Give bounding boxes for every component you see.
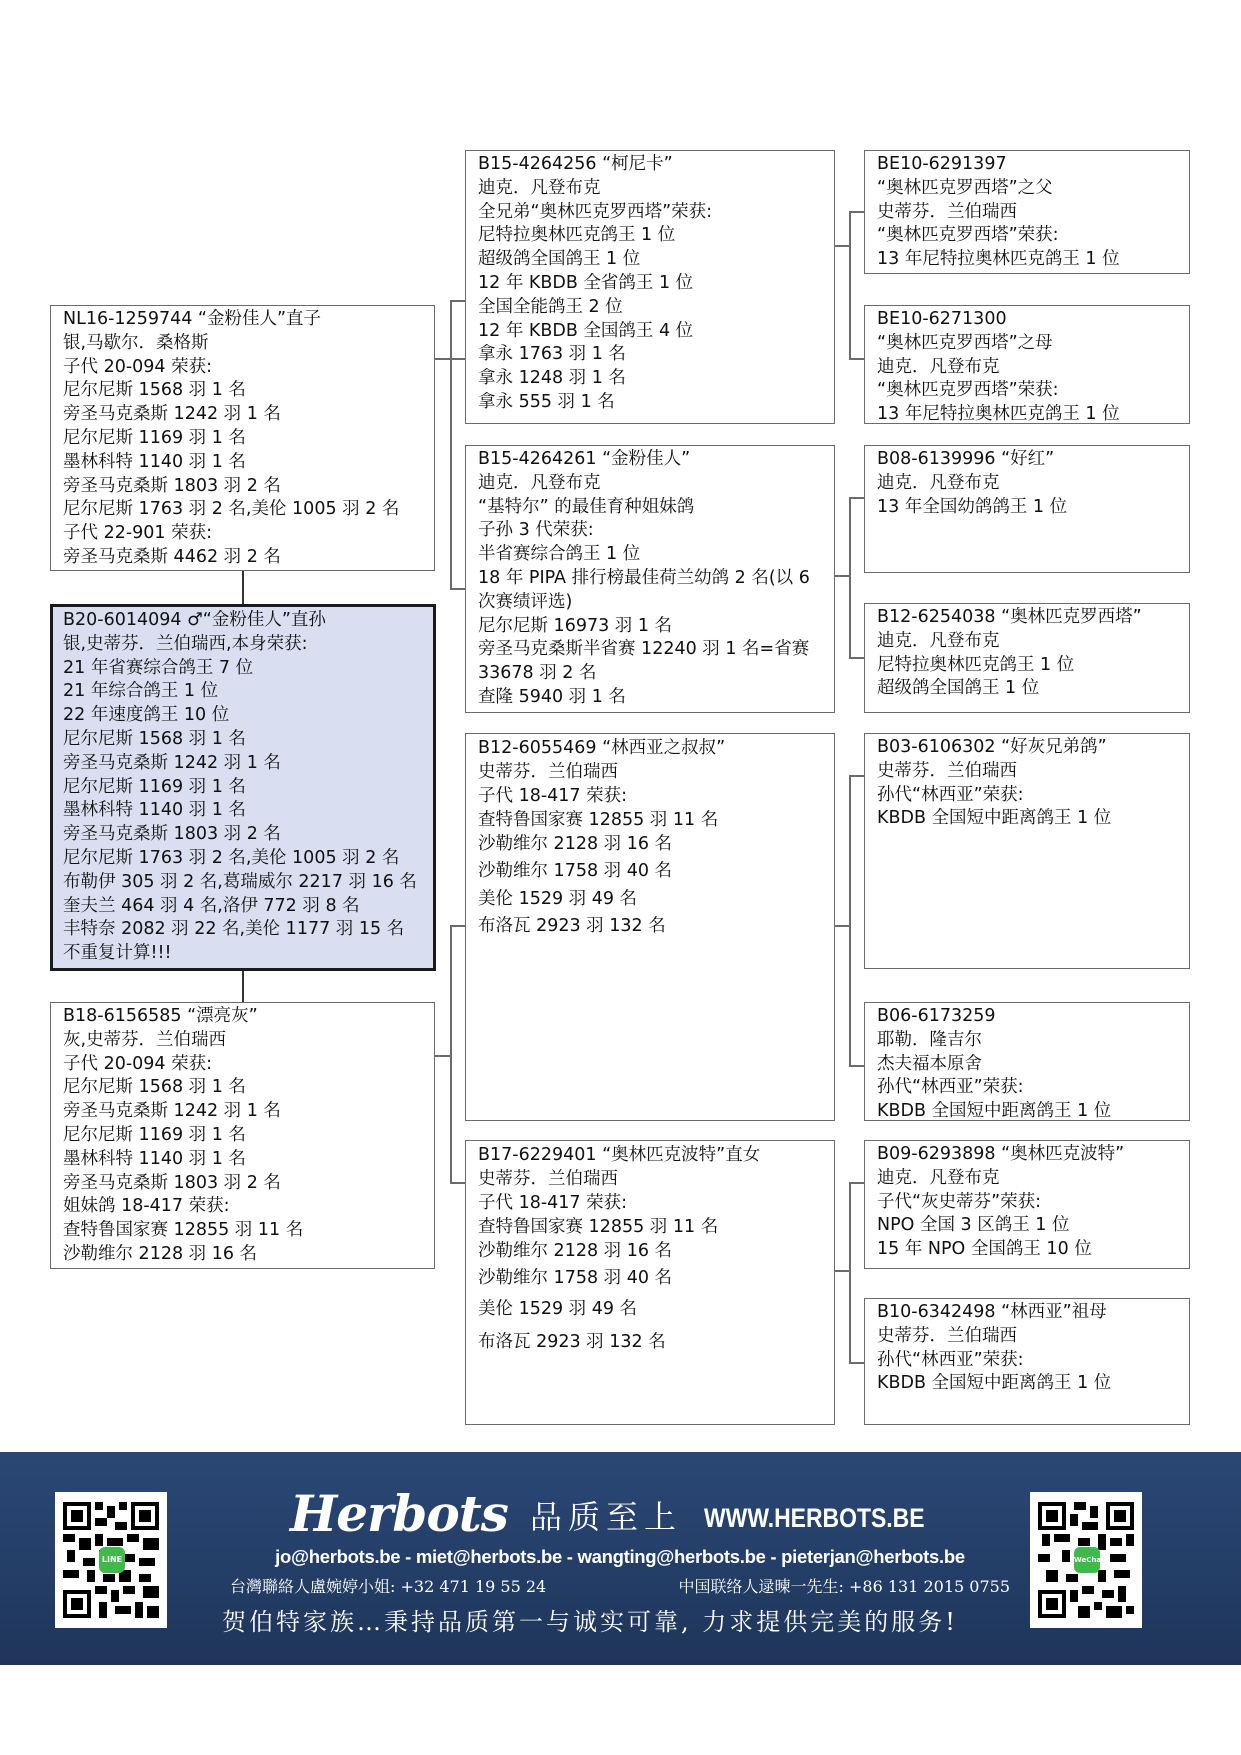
subject-line: 丰特奈 2082 羽 22 名,美伦 1177 羽 15 名 — [63, 918, 433, 942]
connector-dam-to-dd — [450, 1182, 465, 1184]
ddd-line: 孙代“林西亚”荣获: — [877, 1349, 1189, 1373]
dss-line: 史蒂芬．兰伯瑞西 — [877, 760, 1189, 784]
brand-slogan: 品质至上 — [530, 1492, 682, 1542]
sd-line: 旁圣马克桑斯半省赛 12240 羽 1 名=省赛 — [478, 638, 834, 662]
sss-line: “奥林匹克罗西塔”荣获: — [877, 224, 1189, 248]
dd-ring: B17-6229401 “奥林匹克波特”直女 — [478, 1143, 834, 1167]
subject-line: 奎夫兰 464 羽 4 名,洛伊 772 羽 8 名 — [63, 895, 433, 919]
dam-line: 姐妹鸽 18-417 荣获: — [63, 1195, 434, 1219]
sd-sire-card: B08-6139996 “好红” 迪克．凡登布克 13 年全国幼鸽鸽王 1 位 — [864, 445, 1190, 573]
subject-line: 尼尔尼斯 1568 羽 1 名 — [63, 728, 433, 752]
dam-line: 灰,史蒂芬．兰伯瑞西 — [63, 1029, 434, 1053]
sd-line: 18 年 PIPA 排行榜最佳荷兰幼鸽 2 名(以 6 — [478, 567, 834, 591]
sire-line: 墨林科特 1140 羽 1 名 — [63, 451, 434, 475]
connector-ss-to-dam — [849, 358, 864, 360]
dds-line: 迪克．凡登布克 — [877, 1167, 1189, 1191]
connector-ds-right — [835, 925, 849, 927]
ds-dam-card: B06-6173259 耶勒．隆吉尔 杰夫福本原舍 孙代“林西亚”荣获: KBD… — [864, 1002, 1190, 1121]
subject-card: B20-6014094 ♂“金粉佳人”直孙 银,史蒂芬．兰伯瑞西,本身荣获: 2… — [50, 604, 436, 971]
connector-sire-subject — [242, 570, 244, 605]
dam-sire-card: B12-6055469 “林西亚之叔叔” 史蒂芬．兰伯瑞西 子代 18-417 … — [465, 733, 835, 1121]
connector-ss-to-sire — [849, 211, 864, 213]
ss-line: 全国全能鸽王 2 位 — [478, 296, 834, 320]
ssd-line: “奥林匹克罗西塔”之母 — [877, 332, 1189, 356]
subject-ring: B20-6014094 ♂“金粉佳人”直孙 — [63, 609, 433, 633]
contact-row: 台灣聯絡人盧婉婷小姐: +32 471 19 55 24 中国联络人逯暕一先生:… — [230, 1574, 1010, 1597]
ss-line: 迪克．凡登布克 — [478, 177, 834, 201]
connector-sire-to-ss-top — [450, 300, 465, 302]
ddd-line: KBDB 全国短中距离鸽王 1 位 — [877, 1372, 1189, 1396]
subject-line: 旁圣马克桑斯 1803 羽 2 名 — [63, 823, 433, 847]
herbots-logo: Herbots — [290, 1486, 508, 1542]
sire-line: 子代 20-094 荣获: — [63, 356, 434, 380]
ssd-line: “奥林匹克罗西塔”荣获: — [877, 379, 1189, 403]
subject-line: 布勒伊 305 羽 2 名,葛瑞威尔 2217 羽 16 名 — [63, 871, 433, 895]
dds-line: NPO 全国 3 区鸽王 1 位 — [877, 1214, 1189, 1238]
connector-ss-right — [835, 245, 849, 247]
sss-line: 史蒂芬．兰伯瑞西 — [877, 201, 1189, 225]
subject-line: 银,史蒂芬．兰伯瑞西,本身荣获: — [63, 633, 433, 657]
ddd-line: 史蒂芬．兰伯瑞西 — [877, 1325, 1189, 1349]
dam-line: 子代 20-094 荣获: — [63, 1053, 434, 1077]
sd-line: 尼尔尼斯 16973 羽 1 名 — [478, 615, 834, 639]
dsd-ring: B06-6173259 — [877, 1005, 1189, 1029]
sss-line: “奥林匹克罗西塔”之父 — [877, 177, 1189, 201]
dam-card: B18-6156585 “漂亮灰” 灰,史蒂芬．兰伯瑞西 子代 20-094 荣… — [50, 1002, 435, 1269]
dam-line: 尼尔尼斯 1568 羽 1 名 — [63, 1076, 434, 1100]
sd-line: 查隆 5940 羽 1 名 — [478, 686, 834, 710]
dam-line: 旁圣马克桑斯 1242 羽 1 名 — [63, 1100, 434, 1124]
wechat-qr-code[interactable]: WeChat — [1030, 1492, 1142, 1628]
connector-subject-dam — [242, 970, 244, 1002]
dd-sire-card: B09-6293898 “奥林匹克波特” 迪克．凡登布克 子代“灰史蒂芬”荣获:… — [864, 1140, 1190, 1269]
ds-line: 查特鲁国家赛 12855 羽 11 名 — [478, 808, 834, 832]
sdd-line: 尼特拉奥林匹克鸽王 1 位 — [877, 654, 1189, 678]
sire-ring: NL16-1259744 “金粉佳人”直子 — [63, 308, 434, 332]
subject-line: 21 年省赛综合鸽王 7 位 — [63, 657, 433, 681]
sire-line: 子代 22-901 荣获: — [63, 522, 434, 546]
connector-ds-to-dam — [849, 1065, 864, 1067]
ddd-ring: B10-6342498 “林西亚”祖母 — [877, 1301, 1189, 1325]
dam-line: 沙勒维尔 2128 羽 16 名 — [63, 1243, 434, 1267]
connector-ss-bracket — [849, 211, 851, 358]
connector-sire-to-ss — [450, 358, 465, 360]
wechat-icon: WeChat — [1074, 1547, 1100, 1573]
sd-line: 子孙 3 代荣获: — [478, 519, 834, 543]
dd-line: 布洛瓦 2923 羽 132 名 — [478, 1326, 834, 1359]
sds-ring: B08-6139996 “好红” — [877, 448, 1189, 472]
ss-line: 超级鸽全国鸽王 1 位 — [478, 248, 834, 272]
sire-dam-card: B15-4264261 “金粉佳人” 迪克．凡登布克 “基特尔” 的最佳育种姐妹… — [465, 445, 835, 713]
connector-ds-bracket — [849, 775, 851, 1065]
connector-sire-bracket-top — [450, 300, 452, 360]
connector-dd-to-dam — [849, 1362, 864, 1364]
subject-line: 尼尔尼斯 1169 羽 1 名 — [63, 776, 433, 800]
ss-sire-card: BE10-6291397 “奥林匹克罗西塔”之父 史蒂芬．兰伯瑞西 “奥林匹克罗… — [864, 150, 1190, 274]
email-list[interactable]: jo@herbots.be - miet@herbots.be - wangti… — [270, 1546, 970, 1568]
sd-dam-card: B12-6254038 “奥林匹克罗西塔” 迪克．凡登布克 尼特拉奥林匹克鸽王 … — [864, 603, 1190, 713]
dd-line: 沙勒维尔 2128 羽 16 名 — [478, 1239, 834, 1263]
dsd-line: 杰夫福本原舍 — [877, 1053, 1189, 1077]
sire-line: 旁圣马克桑斯 4462 羽 2 名 — [63, 546, 434, 570]
dam-dam-card: B17-6229401 “奥林匹克波特”直女 史蒂芬．兰伯瑞西 子代 18-41… — [465, 1140, 835, 1425]
dam-line: 旁圣马克桑斯 1803 羽 2 名 — [63, 1172, 434, 1196]
sd-line: “基特尔” 的最佳育种姐妹鸽 — [478, 496, 834, 520]
dd-line: 史蒂芬．兰伯瑞西 — [478, 1167, 834, 1191]
sd-ring: B15-4264261 “金粉佳人” — [478, 448, 834, 472]
contact-taiwan: 台灣聯絡人盧婉婷小姐: +32 471 19 55 24 — [230, 1574, 546, 1597]
dss-line: KBDB 全国短中距离鸽王 1 位 — [877, 807, 1189, 831]
subject-line: 墨林科特 1140 羽 1 名 — [63, 799, 433, 823]
ss-line: 拿永 1763 羽 1 名 — [478, 343, 834, 367]
dsd-line: 耶勒．隆吉尔 — [877, 1029, 1189, 1053]
ssd-line: 13 年尼特拉奥林匹克鸽王 1 位 — [877, 403, 1189, 424]
subject-note: 不重复计算!!! — [63, 942, 433, 966]
sire-card: NL16-1259744 “金粉佳人”直子 银,马歇尔．桑格斯 子代 20-09… — [50, 305, 435, 571]
connector-sd-right — [835, 575, 849, 577]
connector-dd-to-sire — [849, 1182, 864, 1184]
contact-china: 中国联络人逯暕一先生: +86 131 2015 0755 — [679, 1574, 1010, 1597]
ss-line: 12 年 KBDB 全国鸽王 4 位 — [478, 320, 834, 344]
dds-line: 15 年 NPO 全国鸽王 10 位 — [877, 1238, 1189, 1262]
ds-line: 美伦 1529 羽 49 名 — [478, 886, 834, 913]
ds-line: 子代 18-417 荣获: — [478, 784, 834, 808]
sds-line: 13 年全国幼鸽鸽王 1 位 — [877, 496, 1189, 520]
sd-line: 次赛绩评选) — [478, 591, 834, 615]
ds-line: 沙勒维尔 2128 羽 16 名 — [478, 832, 834, 856]
website-link[interactable]: WWW.HERBOTS.BE — [704, 1494, 925, 1542]
ds-line: 布洛瓦 2923 羽 132 名 — [478, 913, 834, 940]
footer-banner: LINE Herbots 品质至上 WWW.HERBOTS.BE jo@herb… — [0, 1452, 1241, 1665]
dd-line: 查特鲁国家赛 12855 羽 11 名 — [478, 1215, 834, 1239]
subject-line: 22 年速度鸽王 10 位 — [63, 704, 433, 728]
dsd-line: KBDB 全国短中距离鸽王 1 位 — [877, 1100, 1189, 1121]
ds-line: 沙勒维尔 1758 羽 40 名 — [478, 856, 834, 886]
motto: 贺伯特家族…秉持品质第一与诚实可靠, 力求提供完美的服务! — [222, 1602, 1022, 1637]
connector-sire-right — [435, 358, 450, 360]
dsd-line: 孙代“林西亚”荣获: — [877, 1076, 1189, 1100]
connector-sd-to-dam — [849, 657, 864, 659]
dds-line: 子代“灰史蒂芬”荣获: — [877, 1191, 1189, 1215]
ssd-line: 迪克．凡登布克 — [877, 356, 1189, 380]
dam-line: 墨林科特 1140 羽 1 名 — [63, 1148, 434, 1172]
connector-dd-right — [835, 1270, 849, 1272]
ss-line: 尼特拉奥林匹克鸽王 1 位 — [478, 224, 834, 248]
ss-ring: B15-4264256 “柯尼卡” — [478, 153, 834, 177]
sss-line: 13 年尼特拉奥林匹克鸽王 1 位 — [877, 248, 1189, 272]
line-qr-code[interactable]: LINE — [55, 1492, 167, 1628]
dd-line: 美伦 1529 羽 49 名 — [478, 1293, 834, 1326]
ss-dam-card: BE10-6271300 “奥林匹克罗西塔”之母 迪克．凡登布克 “奥林匹克罗西… — [864, 305, 1190, 424]
brand-row: Herbots 品质至上 WWW.HERBOTS.BE — [290, 1482, 963, 1542]
sire-line: 尼尔尼斯 1763 羽 2 名,美伦 1005 羽 2 名 — [63, 498, 434, 522]
dd-dam-card: B10-6342498 “林西亚”祖母 史蒂芬．兰伯瑞西 孙代“林西亚”荣获: … — [864, 1298, 1190, 1425]
sire-line: 尼尔尼斯 1169 羽 1 名 — [63, 427, 434, 451]
sire-sire-card: B15-4264256 “柯尼卡” 迪克．凡登布克 全兄弟“奥林匹克罗西塔”荣获… — [465, 150, 835, 424]
connector-dd-bracket — [849, 1182, 851, 1362]
connector-sd-to-sire — [849, 497, 864, 499]
connector-ds-to-sire — [849, 775, 864, 777]
sd-line: 迪克．凡登布克 — [478, 472, 834, 496]
connector-dam-right — [435, 1055, 450, 1057]
ss-line: 拿永 555 羽 1 名 — [478, 391, 834, 415]
sire-line: 旁圣马克桑斯 1803 羽 2 名 — [63, 475, 434, 499]
dd-line: 沙勒维尔 1758 羽 40 名 — [478, 1263, 834, 1293]
dss-line: 孙代“林西亚”荣获: — [877, 784, 1189, 808]
sdd-ring: B12-6254038 “奥林匹克罗西塔” — [877, 606, 1189, 630]
sdd-line: 迪克．凡登布克 — [877, 630, 1189, 654]
sds-line: 迪克．凡登布克 — [877, 472, 1189, 496]
line-icon: LINE — [99, 1547, 125, 1573]
sire-line: 旁圣马克桑斯 1242 羽 1 名 — [63, 403, 434, 427]
ssd-ring: BE10-6271300 — [877, 308, 1189, 332]
dds-ring: B09-6293898 “奥林匹克波特” — [877, 1143, 1189, 1167]
ss-line: 拿永 1248 羽 1 名 — [478, 367, 834, 391]
connector-sd-bracket — [849, 497, 851, 657]
dam-line: 查特鲁国家赛 12855 羽 11 名 — [63, 1219, 434, 1243]
connector-sire-to-sd — [450, 588, 465, 590]
dd-line: 子代 18-417 荣获: — [478, 1191, 834, 1215]
dss-ring: B03-6106302 “好灰兄弟鸽” — [877, 736, 1189, 760]
ds-sire-card: B03-6106302 “好灰兄弟鸽” 史蒂芬．兰伯瑞西 孙代“林西亚”荣获: … — [864, 733, 1190, 969]
ds-ring: B12-6055469 “林西亚之叔叔” — [478, 736, 834, 760]
subject-line: 尼尔尼斯 1763 羽 2 名,美伦 1005 羽 2 名 — [63, 847, 433, 871]
connector-sire-bracket — [450, 358, 452, 588]
sd-line: 33678 羽 2 名 — [478, 662, 834, 686]
sire-line: 尼尔尼斯 1568 羽 1 名 — [63, 379, 434, 403]
connector-dam-bracket — [450, 925, 452, 1182]
ss-line: 12 年 KBDB 全省鸽王 1 位 — [478, 272, 834, 296]
ds-line: 史蒂芬．兰伯瑞西 — [478, 760, 834, 784]
sss-ring: BE10-6291397 — [877, 153, 1189, 177]
subject-line: 21 年综合鸽王 1 位 — [63, 680, 433, 704]
sd-line: 半省赛综合鸽王 1 位 — [478, 543, 834, 567]
connector-dam-to-ds — [450, 925, 465, 927]
ss-line: 全兄弟“奥林匹克罗西塔”荣获: — [478, 201, 834, 225]
dam-ring: B18-6156585 “漂亮灰” — [63, 1005, 434, 1029]
sdd-line: 超级鸽全国鸽王 1 位 — [877, 677, 1189, 701]
dam-line: 尼尔尼斯 1169 羽 1 名 — [63, 1124, 434, 1148]
subject-line: 旁圣马克桑斯 1242 羽 1 名 — [63, 752, 433, 776]
sire-line: 银,马歇尔．桑格斯 — [63, 332, 434, 356]
